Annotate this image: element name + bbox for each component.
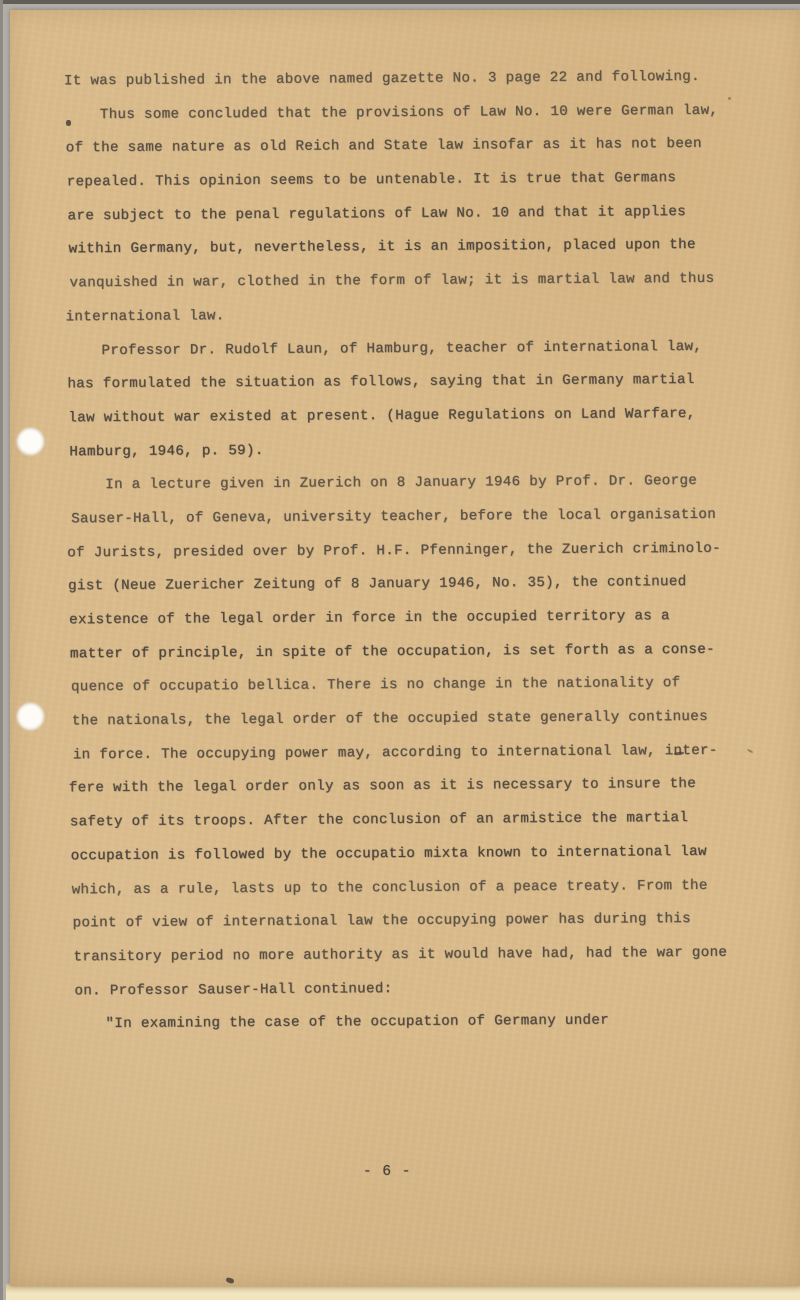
text-line: international law. <box>65 296 795 335</box>
text-line: vanquished in war, clothed in the form o… <box>69 262 799 301</box>
paper-sheet: It was published in the above named gaze… <box>10 10 800 1286</box>
text-line: Hamburg, 1946, p. 59). <box>69 431 799 470</box>
ink-speck <box>66 120 71 126</box>
text-line: law without war existed at present. (Hag… <box>68 397 798 436</box>
text-line: fere with the legal order only as soon a… <box>69 768 799 807</box>
text-line: occupation is followed by the occupatio … <box>71 835 800 874</box>
typed-text-block: It was published in the above named gaze… <box>6 7 800 1042</box>
text-line: Professor Dr. Rudolf Laun, of Hamburg, t… <box>66 330 796 369</box>
text-line: "In examining the case of the occupation… <box>70 1003 800 1042</box>
text-line: within Germany, but, nevertheless, it is… <box>68 229 798 268</box>
text-line: gist (Neue Zuericher Zeitung of 8 Januar… <box>68 566 798 605</box>
text-line: which, as a rule, lasts up to the conclu… <box>72 869 800 908</box>
ink-speck <box>225 1277 234 1284</box>
text-line: on. Professor Sauser-Hall continued: <box>74 970 800 1009</box>
under-sheet-edge <box>6 1284 800 1300</box>
text-line: safety of its troops. After the conclusi… <box>70 801 800 840</box>
text-line: in force. The occupying power may, accor… <box>73 734 800 773</box>
scanned-page: It was published in the above named gaze… <box>0 0 800 1300</box>
text-line: point of view of international law the o… <box>72 902 800 941</box>
text-line: transitory period no more authority as i… <box>73 936 800 975</box>
text-line: the nationals, the legal order of the oc… <box>72 700 800 739</box>
scanner-edge-left <box>0 0 3 1300</box>
text-line: of Jurists, presided over by Prof. H.F. … <box>67 532 797 571</box>
text-line: are subject to the penal regulations of … <box>68 195 798 234</box>
text-line: Sauser-Hall, of Geneva, university teach… <box>71 498 800 537</box>
text-line: Thus some concluded that the provisions … <box>65 94 795 133</box>
page-number: - 6 - <box>363 1164 412 1180</box>
scanner-edge-top <box>0 0 800 4</box>
text-line: repealed. This opinion seems to be unten… <box>67 161 797 200</box>
text-line: has formulated the situation as follows,… <box>67 363 797 402</box>
text-line: It was published in the above named gaze… <box>64 60 794 99</box>
text-line: existence of the legal order in force in… <box>69 599 799 638</box>
text-line: In a lecture given in Zuerich on 8 Janua… <box>70 464 800 503</box>
ink-speck <box>728 97 731 100</box>
text-line: matter of principle, in spite of the occ… <box>70 633 800 672</box>
text-line: of the same nature as old Reich and Stat… <box>66 128 796 167</box>
text-line: quence of occupatio bellica. There is no… <box>71 667 800 706</box>
